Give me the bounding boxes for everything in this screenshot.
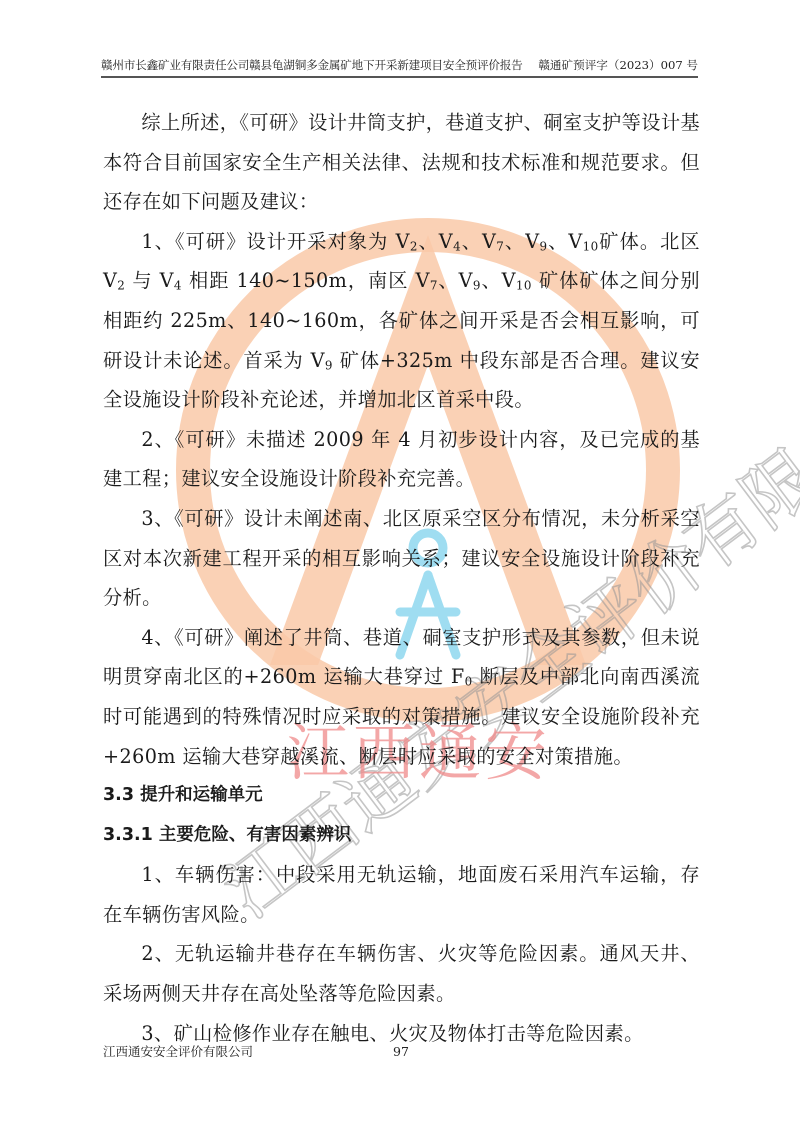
page-header: 赣州市长鑫矿业有限责任公司赣县龟湖铜多金属矿地下开采新建项目安全预评价报告 赣通… <box>101 56 698 78</box>
subscript: 4 <box>453 239 461 253</box>
text-run: 、V <box>461 230 496 253</box>
subscript: 9 <box>325 358 333 372</box>
document-number: 赣通矿预评字（2023）007 号 <box>538 56 698 76</box>
subsection-heading: 3.3.1 主要危险、有害因素辨识 <box>103 816 700 856</box>
subscript: 0 <box>465 675 473 689</box>
text-run: 、V <box>418 230 453 253</box>
text-run: 《可研》设计未阐述南、北区原采空区分布情况，未分析采空区对本次新建工程开采的相互… <box>103 507 700 609</box>
summary-paragraph: 综上所述，《可研》设计井筒支护，巷道支护、硐室支护等设计基本符合目前国家安全生产… <box>103 103 700 222</box>
text-run: 、V <box>547 230 582 253</box>
subscript: 2 <box>410 239 418 253</box>
hazard-paragraph-1: 1、车辆伤害：中段采用无轨运输，地面废石采用汽车运输，存在车辆伤害风险。 <box>103 855 700 934</box>
text-run: 《可研》未描述 2009 年 4 月初步设计内容，及已完成的基建工程；建议安全设… <box>103 428 700 491</box>
document-page: 江西通安安全评价有限公司 江西通安 赣州市长鑫矿业有限责任公司赣县龟湖铜多金属矿… <box>0 0 800 1131</box>
text-run: 、V <box>481 269 516 292</box>
subscript: 10 <box>516 279 532 293</box>
text-run: 、V <box>504 230 539 253</box>
issue-number: 1、 <box>141 230 175 253</box>
page-number: 97 <box>393 1043 409 1061</box>
section-heading: 3.3 提升和运输单元 <box>103 776 700 816</box>
page-content: 综上所述，《可研》设计井筒支护，巷道支护、硐室支护等设计基本符合目前国家安全生产… <box>103 103 700 1053</box>
issue-paragraph-1: 1、《可研》设计开采对象为 V2、V4、V7、V9、V10矿体。北区 V2 与 … <box>103 222 700 420</box>
issue-number: 3、 <box>141 507 174 530</box>
footer-company: 江西通安安全评价有限公司 <box>103 1043 253 1061</box>
issue-number: 4、 <box>141 626 174 649</box>
subscript: 4 <box>174 279 182 293</box>
issue-paragraph-2: 2、《可研》未描述 2009 年 4 月初步设计内容，及已完成的基建工程；建议安… <box>103 420 700 499</box>
text-run: 相距 140~150m，南区 V <box>182 269 430 292</box>
text-run: 《可研》设计开采对象为 V <box>175 230 410 253</box>
hazard-paragraph-2: 2、无轨运输井巷存在车辆伤害、火灾等危险因素。通风天井、采场两侧天井存在高处坠落… <box>103 934 700 1013</box>
text-run: 、V <box>438 269 473 292</box>
issue-paragraph-4: 4、《可研》阐述了井筒、巷道、硐室支护形式及其参数，但未说明贯穿南北区的+260… <box>103 618 700 776</box>
issue-number: 2、 <box>141 428 174 451</box>
subscript: 10 <box>583 239 599 253</box>
subscript: 7 <box>430 279 438 293</box>
report-title: 赣州市长鑫矿业有限责任公司赣县龟湖铜多金属矿地下开采新建项目安全预评价报告 <box>101 56 523 76</box>
text-run: 与 V <box>125 269 174 292</box>
subscript: 9 <box>473 279 481 293</box>
issue-paragraph-3: 3、《可研》设计未阐述南、北区原采空区分布情况，未分析采空区对本次新建工程开采的… <box>103 499 700 618</box>
